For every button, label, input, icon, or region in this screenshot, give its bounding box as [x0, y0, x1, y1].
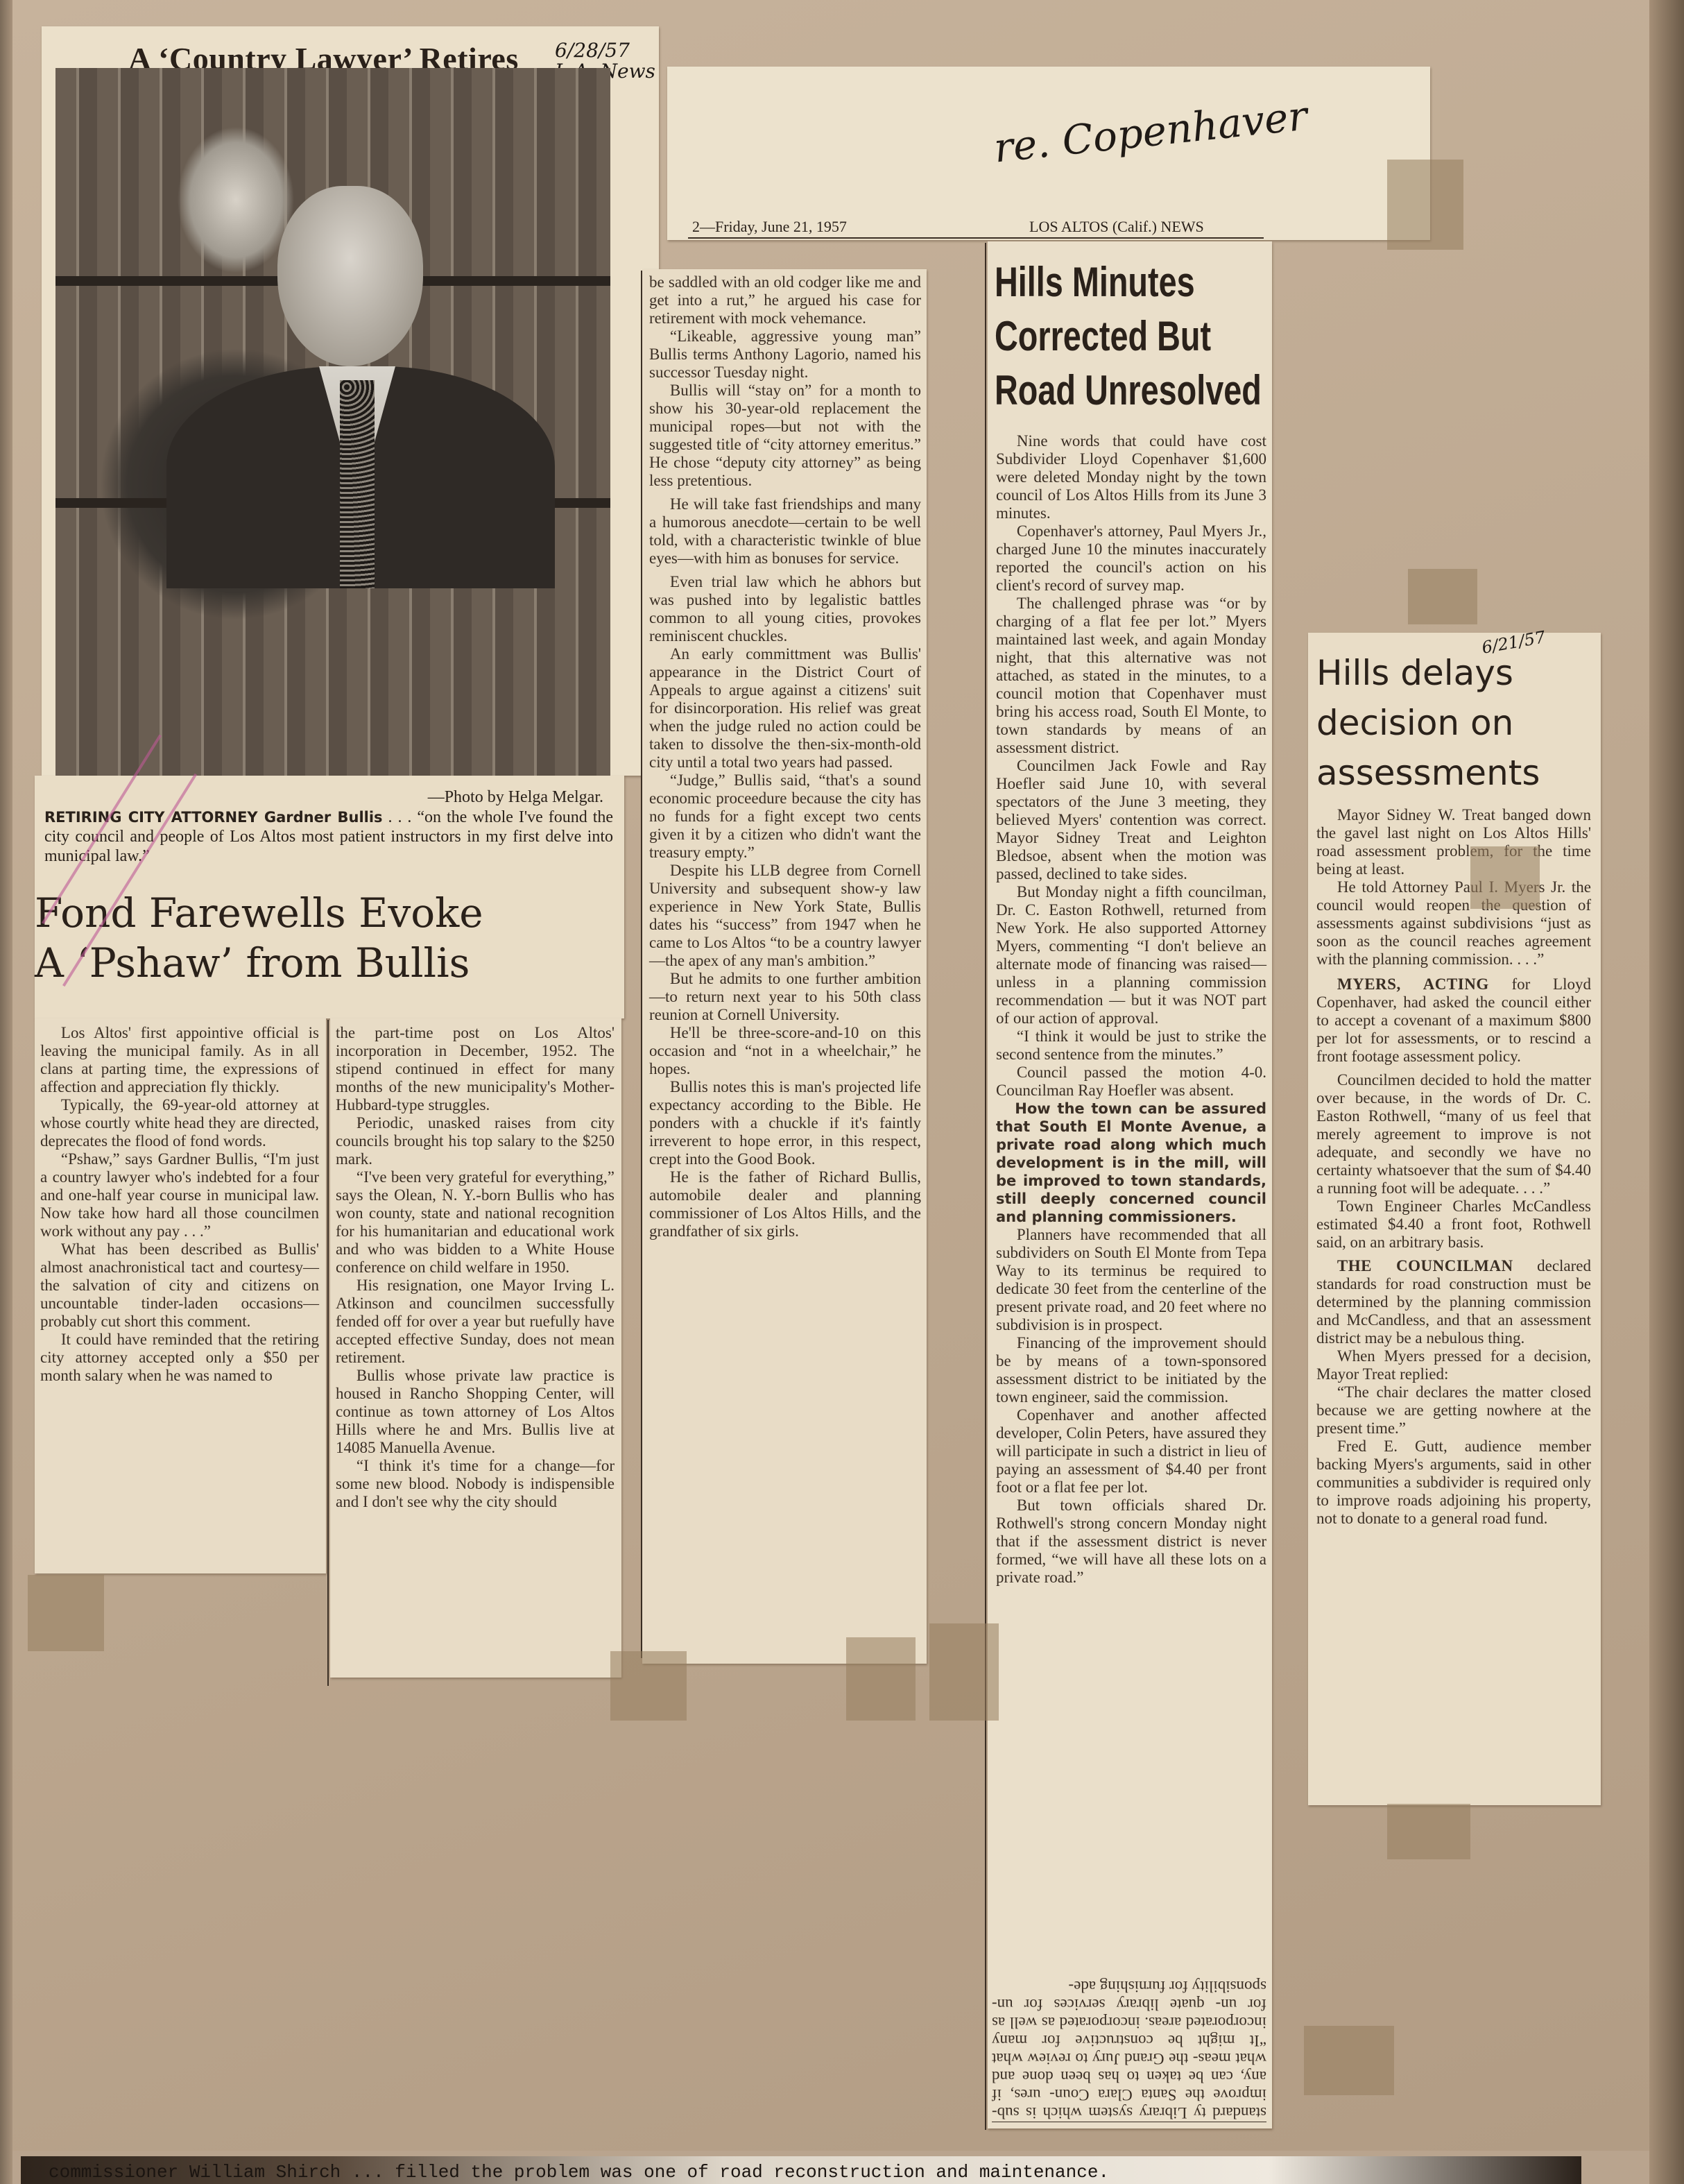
- paragraph: What has been described as Bullis' almos…: [40, 1240, 319, 1331]
- caption-lead: RETIRING CITY ATTORNEY Gardner Bullis: [44, 809, 383, 826]
- tape-strip: [1408, 569, 1477, 624]
- paragraph: Financing of the improvement should be b…: [996, 1334, 1266, 1406]
- scrapbook-spine: [0, 0, 12, 2184]
- paragraph: “I've been very grateful for everything,…: [336, 1168, 615, 1277]
- bullis-column-3: be saddled with an old codger like me an…: [642, 269, 927, 1664]
- clipping-hills-delays: 6/21/57 Hills delays decision on assessm…: [1308, 633, 1601, 1805]
- headline-line: decision on: [1316, 698, 1540, 748]
- paragraph: Fred E. Gutt, audience member backing My…: [1316, 1437, 1591, 1528]
- clipping-masthead: re. Copenhaver 2—Friday, June 21, 1957 L…: [667, 67, 1430, 240]
- tape-strip: [1387, 160, 1463, 250]
- paragraph: MYERS, ACTING for Lloyd Copenhaver, had …: [1316, 975, 1591, 1066]
- upside-down-fragment: standard ty Library system which is sub-…: [992, 1900, 1266, 2122]
- handwritten-copenhaver-note: re. Copenhaver: [992, 92, 1309, 171]
- tie: [340, 380, 375, 588]
- paragraph: “Pshaw,” says Gardner Bullis, “I'm just …: [40, 1150, 319, 1240]
- tape-strip: [28, 1575, 104, 1651]
- headline-hills-delays: Hills delays decision on assessments: [1316, 648, 1540, 798]
- bottom-page-strip: commissioner William Shirch ... filled t…: [21, 2156, 1581, 2184]
- paragraph: Planners have recommended that all subdi…: [996, 1226, 1266, 1334]
- bottom-strip-text: commissioner William Shirch ... filled t…: [49, 2162, 1109, 2183]
- paragraph: “I think it would be just to strike the …: [996, 1027, 1266, 1064]
- tape-strip: [846, 1637, 916, 1721]
- paragraph: Councilmen decided to hold the matter ov…: [1316, 1071, 1591, 1197]
- minutes-article-body: Nine words that could have cost Subdivid…: [996, 432, 1266, 1587]
- dateline-right: LOS ALTOS (Calif.) NEWS: [1029, 218, 1204, 236]
- paragraph: The challenged phrase was “or by chargin…: [996, 595, 1266, 757]
- bullis-column-1: Los Altos' first appointive official is …: [35, 1018, 326, 1573]
- paragraph: Copenhaver and another affected develope…: [996, 1406, 1266, 1496]
- paragraph: “The chair declares the matter closed be…: [1316, 1383, 1591, 1437]
- paragraph: THE COUNCILMAN declared standards for ro…: [1316, 1257, 1591, 1347]
- paragraph: “Likeable, aggressive young man” Bullis …: [649, 327, 921, 382]
- headline-line: Hills Minutes: [995, 255, 1262, 309]
- paragraph: He'll be three-score-and-10 on this occa…: [649, 1024, 921, 1078]
- paragraph: “Judge,” Bullis said, “that's a sound ec…: [649, 771, 921, 862]
- tape-strip: [1387, 1804, 1470, 1859]
- paragraph: Councilmen Jack Fowle and Ray Hoefler sa…: [996, 757, 1266, 883]
- paragraph: An early committment was Bullis' appeara…: [649, 645, 921, 771]
- headline-line: assessments: [1316, 748, 1540, 798]
- paragraph: “I think it's time for a change—for some…: [336, 1457, 615, 1511]
- clipping-bullis-caption: —Photo by Helga Melgar. RETIRING CITY AT…: [35, 776, 624, 1018]
- paragraph: Mayor Sidney W. Treat banged down the ga…: [1316, 806, 1591, 878]
- column-rule: [327, 1020, 329, 1686]
- paragraph: Bullis whose private law practice is hou…: [336, 1367, 615, 1457]
- paragraph: When Myers pressed for a decision, Mayor…: [1316, 1347, 1591, 1383]
- headline-line: Corrected But: [995, 309, 1262, 364]
- paragraph: Despite his LLB degree from Cornell Univ…: [649, 862, 921, 970]
- photo-credit: —Photo by Helga Melgar.: [428, 788, 603, 807]
- paragraph: Los Altos' first appointive official is …: [40, 1024, 319, 1096]
- paragraph-bold: How the town can be assured that South E…: [996, 1100, 1266, 1226]
- headline-line: Fond Farewells Evoke: [35, 888, 483, 938]
- tape-strip: [1470, 846, 1540, 909]
- headline-line: Hills delays: [1316, 648, 1540, 698]
- paragraph: Even trial law which he abhors but was p…: [649, 573, 921, 645]
- column-rule: [985, 243, 986, 2130]
- portrait-photo: [55, 68, 610, 776]
- headline-line: A ‘Pshaw’ from Bullis: [35, 938, 483, 988]
- paragraph: It could have reminded that the retiring…: [40, 1331, 319, 1385]
- paragraph: Council passed the motion 4-0. Councilma…: [996, 1064, 1266, 1100]
- clipping-hills-minutes: Hills Minutes Corrected But Road Unresol…: [988, 241, 1272, 2128]
- bullis-column-2: the part-time post on Los Altos' incorpo…: [330, 1018, 621, 1678]
- paragraph: Bullis will “stay on” for a month to sho…: [649, 382, 921, 490]
- clipping-country-lawyer: A ‘Country Lawyer’ Retires 6/28/57 L.A. …: [42, 26, 659, 776]
- paragraph: Copenhaver's attorney, Paul Myers Jr., c…: [996, 522, 1266, 595]
- tape-strip: [929, 1623, 999, 1721]
- paragraph: But town officials shared Dr. Rothwell's…: [996, 1496, 1266, 1587]
- paragraph: He will take fast friendships and many a…: [649, 495, 921, 568]
- paragraph: Nine words that could have cost Subdivid…: [996, 432, 1266, 522]
- paragraph: Periodic, unasked raises from city counc…: [336, 1114, 615, 1168]
- paragraph: His resignation, one Mayor Irving L. Atk…: [336, 1277, 615, 1367]
- page-edge: [1649, 0, 1684, 2184]
- paragraph: Bullis notes this is man's projected lif…: [649, 1078, 921, 1168]
- dateline-rule: [688, 237, 1264, 239]
- headline-fond-farewells: Fond Farewells Evoke A ‘Pshaw’ from Bull…: [35, 888, 483, 988]
- assessments-article-body: Mayor Sidney W. Treat banged down the ga…: [1316, 806, 1591, 1528]
- paragraph: But Monday night a fifth councilman, Dr.…: [996, 883, 1266, 1027]
- paragraph: Typically, the 69-year-old attorney at w…: [40, 1096, 319, 1150]
- paragraph: the part-time post on Los Altos' incorpo…: [336, 1024, 615, 1114]
- tape-strip: [1304, 2026, 1394, 2095]
- photo-caption: RETIRING CITY ATTORNEY Gardner Bullis . …: [44, 808, 613, 866]
- face: [277, 186, 423, 366]
- headline-line: Road Unresolved: [995, 364, 1262, 418]
- paragraph: He told Attorney Paul I. Myers Jr. the c…: [1316, 878, 1591, 969]
- paragraph: But he admits to one further ambition—to…: [649, 970, 921, 1024]
- tape-strip: [610, 1651, 687, 1721]
- headline-hills-minutes: Hills Minutes Corrected But Road Unresol…: [995, 255, 1262, 418]
- paragraph: be saddled with an old codger like me an…: [649, 273, 921, 327]
- dateline-left: 2—Friday, June 21, 1957: [692, 218, 847, 236]
- paragraph: He is the father of Richard Bullis, auto…: [649, 1168, 921, 1240]
- paragraph: Town Engineer Charles McCandless estimat…: [1316, 1197, 1591, 1252]
